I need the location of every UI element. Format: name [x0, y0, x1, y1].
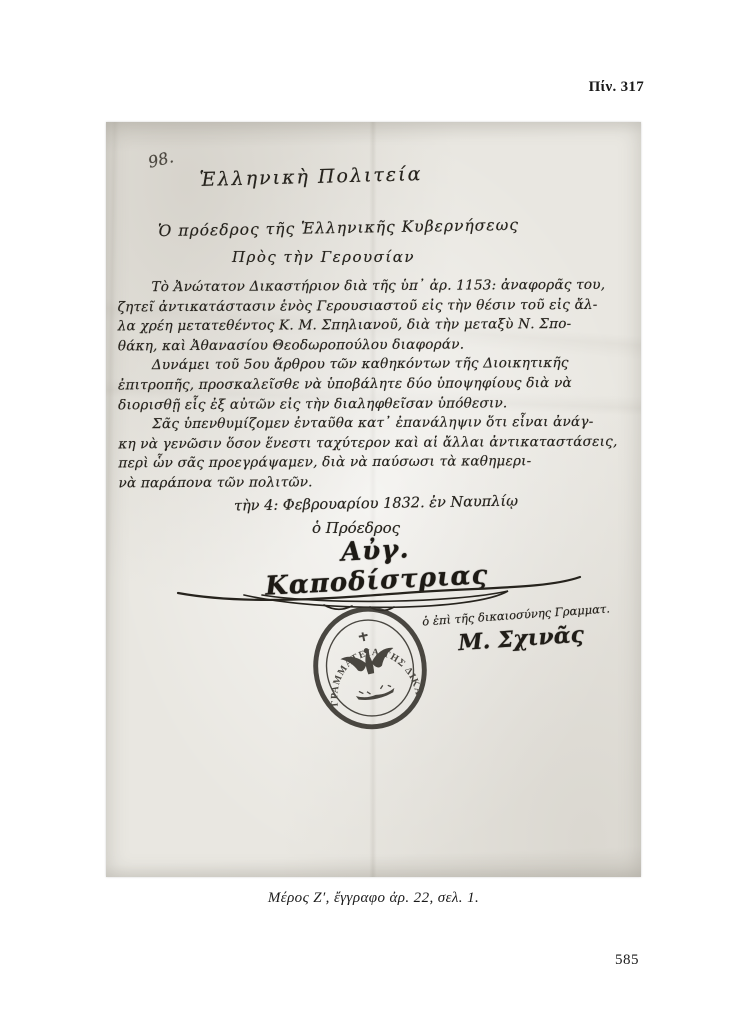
letter-line: ζητεῖ ἀντικατάστασιν ἑνὸς Γερουσιαστοῦ ε…: [118, 295, 636, 317]
letter-body: Τὸ Ἀνώτατον Δικαστήριον διὰ τῆς ὑπ᾽ ἀρ. …: [117, 276, 636, 494]
letter-line: διορισθῇ εἷς ἐξ αὐτῶν εἰς τὴν διαληφθεῖσ…: [118, 393, 636, 415]
phoenix-icon: [339, 643, 403, 705]
letter-line: περὶ ὧν σᾶς προεγράψαμεν, διὰ νὰ παύσωσι…: [118, 452, 636, 474]
plate-number-label: Πίν. 317: [589, 79, 644, 96]
justice-seal-stamp: ΓΡΑΜΜΑΤΕΙΑ ΤΗΣ ΔΙΚΑΙΟΣΥΝΗΣ: [299, 594, 441, 742]
figure-caption: Μέρος Ζ′, ἔγγραφο ἀρ. 22, σελ. 1.: [106, 890, 641, 907]
document-photo: 98. Ἑλληνικὴ Πολιτεία Ὁ πρόεδρος τῆς Ἑλλ…: [106, 122, 641, 877]
cross-icon: [358, 631, 368, 641]
letter-line: ἐπιτροπῆς, προσκαλεῖσθε νὰ ὑποβάλητε δύο…: [118, 374, 636, 396]
letter-line: νὰ παράπονα τῶν πολιτῶν.: [118, 472, 636, 494]
letter-line: Δυνάμει τοῦ 5ου ἄρθρου τῶν καθηκόντων τῆ…: [118, 354, 636, 376]
archive-number: 98.: [146, 147, 175, 172]
letter-sender-line: Ὁ πρόεδρος τῆς Ἑλληνικῆς Κυβερνήσεως: [146, 216, 531, 241]
letter-line: κη νὰ γενῶσιν ὅσον ἕνεστι ταχύτερον καὶ …: [118, 432, 636, 454]
letter-dateline: τὴν 4: Φεβρουαρίου 1832. ἐν Ναυπλίῳ: [186, 493, 566, 516]
page-number: 585: [615, 952, 639, 969]
letter-line: θάκη, καὶ Ἀθανασίου Θεοδωροπούλου διαφορ…: [118, 334, 636, 356]
letter-line: Σᾶς ὑπενθυμίζομεν ἐνταῦθα κατ᾽ ἐπανάληψι…: [118, 413, 636, 435]
letter-line: λα χρέη μετατεθέντος Κ. Μ. Σπηλιανοῦ, δι…: [118, 315, 636, 337]
letter-recipient-line: Πρὸς τὴν Γερουσίαν: [146, 248, 501, 266]
letter-line: Τὸ Ἀνώτατον Δικαστήριον διὰ τῆς ὑπ᾽ ἀρ. …: [117, 276, 635, 298]
book-page: Πίν. 317 98. Ἑλληνικὴ Πολιτεία Ὁ πρόεδρο…: [0, 0, 743, 1027]
letter-title: Ἑλληνικὴ Πολιτεία: [161, 162, 461, 192]
